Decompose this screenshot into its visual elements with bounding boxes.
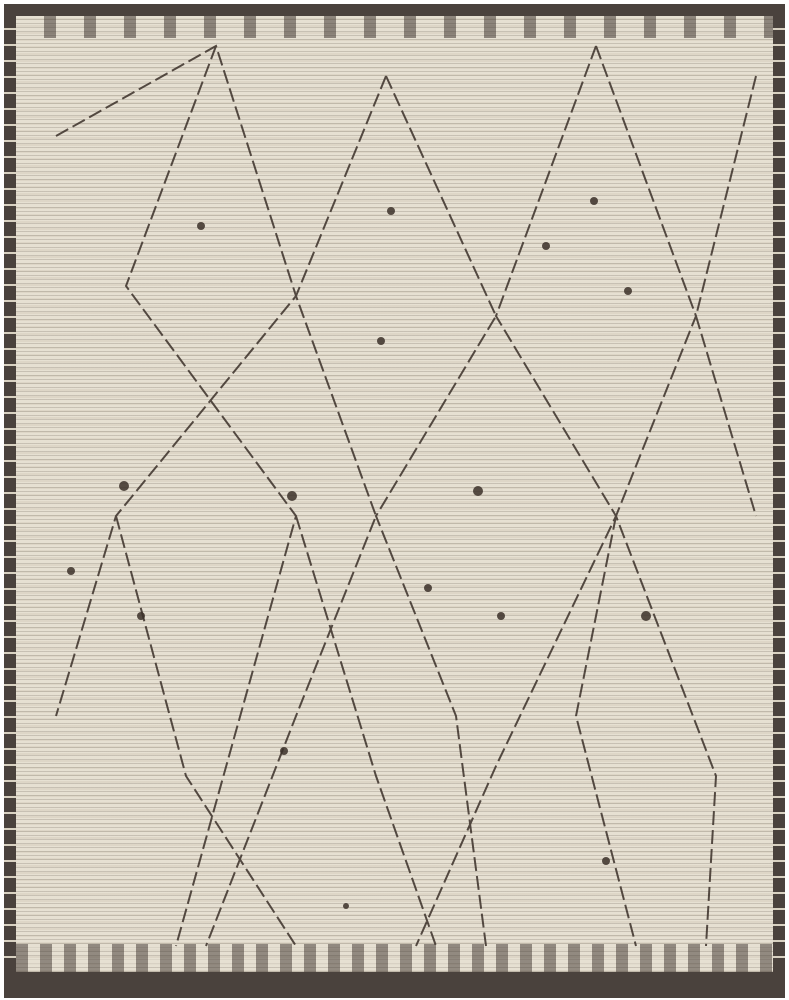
rug-photo bbox=[4, 4, 785, 998]
rug-side-border-left bbox=[4, 16, 16, 972]
diamond-lattice-pattern bbox=[16, 16, 773, 972]
rug-side-border-right bbox=[773, 16, 785, 972]
